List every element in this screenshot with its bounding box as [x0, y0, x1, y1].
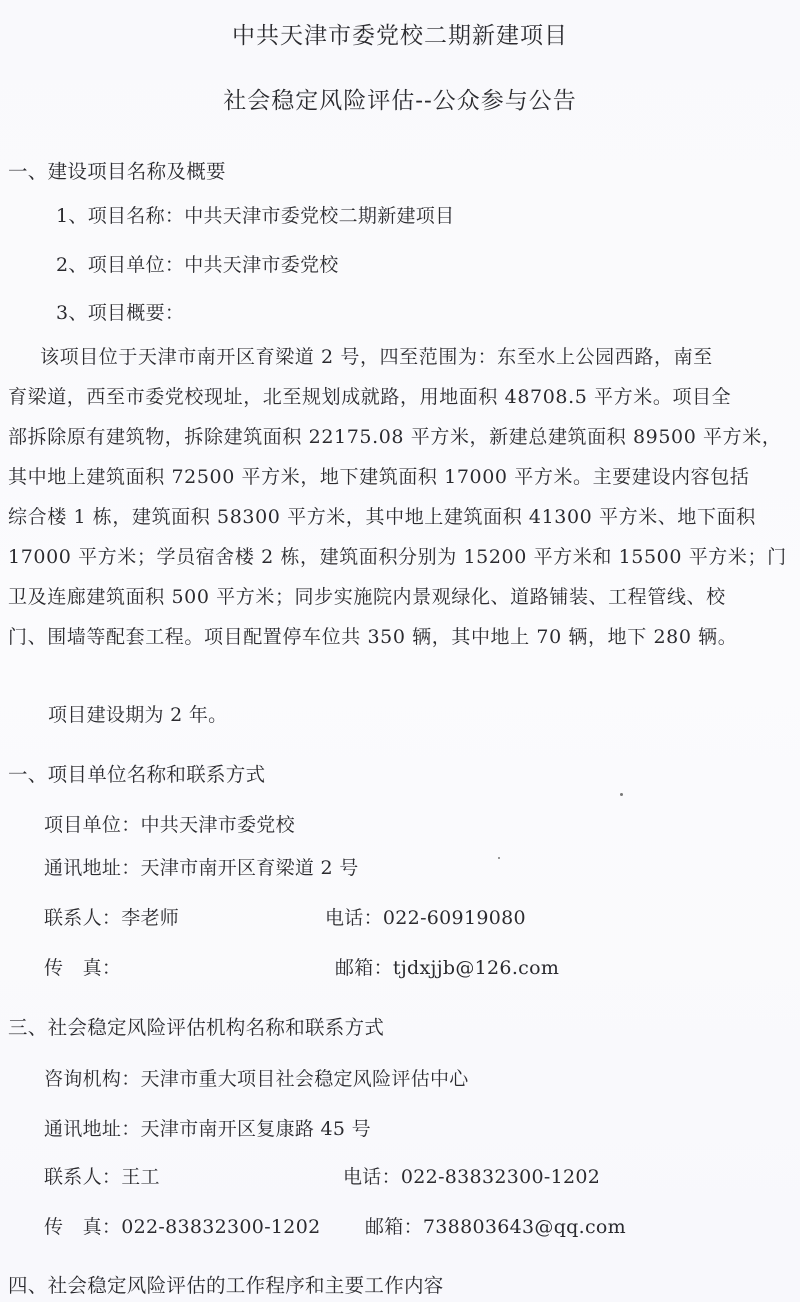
project-overview-item: 3、项目概要：	[56, 301, 184, 325]
scanned-document-page: 中共天津市委党校二期新建项目 社会稳定风险评估--公众参与公告 一、建设项目名称…	[0, 0, 800, 1302]
overview-paragraph-line: 该项目位于天津市南开区育梁道 2 号，四至范围为：东至水上公园西路，南至	[40, 345, 713, 369]
project-phone: 电话：022-60919080	[325, 906, 526, 930]
agency-phone: 电话：022-83832300-1202	[343, 1165, 600, 1189]
project-unit-item: 2、项目单位：中共天津市委党校	[56, 253, 339, 277]
document-title-line2: 社会稳定风险评估--公众参与公告	[0, 86, 800, 116]
project-name-item: 1、项目名称：中共天津市委党校二期新建项目	[56, 204, 454, 228]
overview-paragraph-line: 部拆除原有建筑物，拆除建筑面积 22175.08 平方米，新建总建筑面积 895…	[8, 425, 781, 449]
section2-heading: 一、项目单位名称和联系方式	[8, 763, 265, 787]
project-email: 邮箱：tjdxjjb@126.com	[335, 956, 559, 980]
agency-name-line: 咨询机构：天津市重大项目社会稳定风险评估中心	[44, 1067, 469, 1091]
section4-heading: 四、社会稳定风险评估的工作程序和主要工作内容	[8, 1274, 444, 1298]
project-unit-line: 项目单位：中共天津市委党校	[44, 813, 295, 837]
construction-period: 项目建设期为 2 年。	[48, 703, 227, 727]
overview-paragraph-line: 育梁道，西至市委党校现址，北至规划成就路，用地面积 48708.5 平方米。项目…	[8, 385, 731, 409]
agency-fax: 传 真：022-83832300-1202	[44, 1215, 320, 1239]
project-contact-person: 联系人：李老师	[44, 906, 179, 930]
section3-heading: 三、社会稳定风险评估机构名称和联系方式	[8, 1016, 384, 1040]
overview-paragraph-line: 17000 平方米；学员宿舍楼 2 栋，建筑面积分别为 15200 平方米和 1…	[8, 545, 787, 569]
document-title-line1: 中共天津市委党校二期新建项目	[0, 21, 800, 51]
scan-speck	[498, 857, 500, 859]
project-address-line: 通讯地址：天津市南开区育梁道 2 号	[44, 856, 359, 880]
overview-paragraph-line: 其中地上建筑面积 72500 平方米，地下建筑面积 17000 平方米。主要建设…	[8, 465, 749, 489]
agency-address-line: 通讯地址：天津市南开区复康路 45 号	[44, 1117, 371, 1141]
overview-paragraph-line: 卫及连廊建筑面积 500 平方米；同步实施院内景观绿化、道路铺装、工程管线、校	[8, 585, 726, 609]
agency-contact-person: 联系人：王工	[44, 1165, 160, 1189]
overview-paragraph-line: 门、围墙等配套工程。项目配置停车位共 350 辆，其中地上 70 辆，地下 28…	[8, 625, 737, 649]
section1-heading: 一、建设项目名称及概要	[8, 160, 226, 184]
scan-speck	[620, 793, 623, 796]
project-fax: 传 真：	[44, 956, 121, 980]
overview-paragraph-line: 综合楼 1 栋，建筑面积 58300 平方米，其中地上建筑面积 41300 平方…	[8, 505, 756, 529]
agency-email: 邮箱：738803643@qq.com	[365, 1215, 626, 1239]
